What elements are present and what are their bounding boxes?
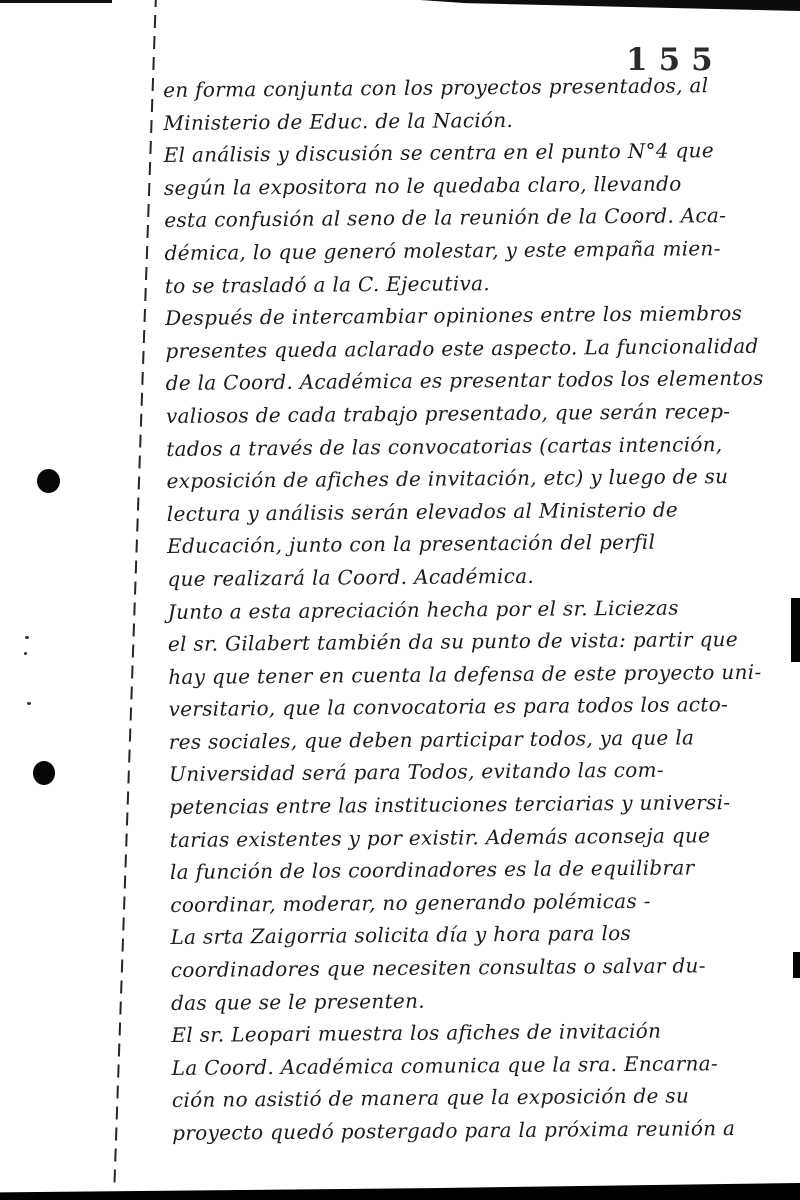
handwritten-line: ción no asistió de manera que la exposic… (172, 1079, 782, 1117)
handwritten-line: El análisis y discusión se centra en el … (164, 134, 774, 172)
scan-edge-artifact-top-right (420, 0, 800, 11)
handwritten-line: tados a través de las convocatorias (car… (166, 427, 776, 465)
margin-rule-line (113, 0, 157, 1183)
handwritten-line: presentes queda aclarado este aspecto. L… (165, 329, 775, 367)
handwritten-line: versitario, que la convocatoria es para … (168, 688, 778, 726)
hole-punch-mark-top (37, 469, 60, 493)
handwritten-line: das que se le presenten. (171, 981, 781, 1019)
handwritten-line: que realizará la Coord. Académica. (167, 558, 777, 596)
handwritten-line: La Coord. Académica comunica que la sra.… (172, 1046, 782, 1084)
handwritten-line: de la Coord. Académica es presentar todo… (166, 362, 776, 400)
handwritten-line: esta confusión al seno de la reunión de … (164, 199, 774, 237)
handwritten-line: Después de intercambiar opiniones entre … (165, 297, 775, 335)
handwritten-line: en forma conjunta con los proyectos pres… (163, 69, 773, 107)
scan-speck (25, 636, 29, 639)
handwritten-line: Educación, junto con la presentación del… (167, 525, 777, 563)
handwritten-line: coordinar, moderar, no generando polémic… (170, 883, 780, 921)
handwritten-line: proyecto quedó postergado para la próxim… (172, 1112, 782, 1150)
handwritten-line: El sr. Leopari muestra los afiches de in… (171, 1014, 781, 1052)
scan-edge-artifact-right (793, 952, 800, 978)
handwritten-line: coordinadores que necesiten consultas o … (171, 949, 781, 987)
handwritten-line: hay que tener en cuenta la defensa de es… (168, 655, 778, 693)
handwritten-line: to se trasladó a la C. Ejecutiva. (165, 264, 775, 302)
handwritten-line: la función de los coordinadores es la de… (170, 851, 780, 889)
handwritten-line: tarias existentes y por existir. Además … (170, 818, 780, 856)
handwritten-line: exposición de afiches de invitación, etc… (166, 460, 776, 498)
scan-speck (24, 652, 27, 655)
handwritten-line: La srta Zaigorria solicita día y hora pa… (170, 916, 780, 954)
handwritten-line: Junto a esta apreciación hecha por el sr… (168, 590, 778, 628)
handwritten-line: Ministerio de Educ. de la Nación. (163, 101, 773, 139)
handwritten-line: según la expositora no le quedaba claro,… (164, 166, 774, 204)
handwritten-text-block: en forma conjunta con los proyectos pres… (163, 69, 782, 1150)
handwritten-line: démica, lo que generó molestar, y este e… (164, 232, 774, 270)
handwritten-line: petencias entre las instituciones tercia… (169, 786, 779, 824)
hole-punch-mark-bottom (33, 761, 55, 785)
handwritten-line: res sociales, que deben participar todos… (169, 721, 779, 759)
scanned-page: 155 en forma conjunta con los proyectos … (0, 0, 800, 1200)
handwritten-line: Universidad será para Todos, evitando la… (169, 753, 779, 791)
handwritten-line: el sr. Gilabert también da su punto de v… (168, 623, 778, 661)
scan-edge-artifact-right (791, 598, 800, 662)
handwritten-line: valiosos de cada trabajo presentado, que… (166, 395, 776, 433)
handwritten-line: lectura y análisis serán elevados al Min… (167, 492, 777, 530)
scan-speck (27, 702, 31, 705)
scan-edge-artifact-top-left (0, 0, 112, 3)
scan-edge-artifact-bottom (0, 1180, 800, 1200)
